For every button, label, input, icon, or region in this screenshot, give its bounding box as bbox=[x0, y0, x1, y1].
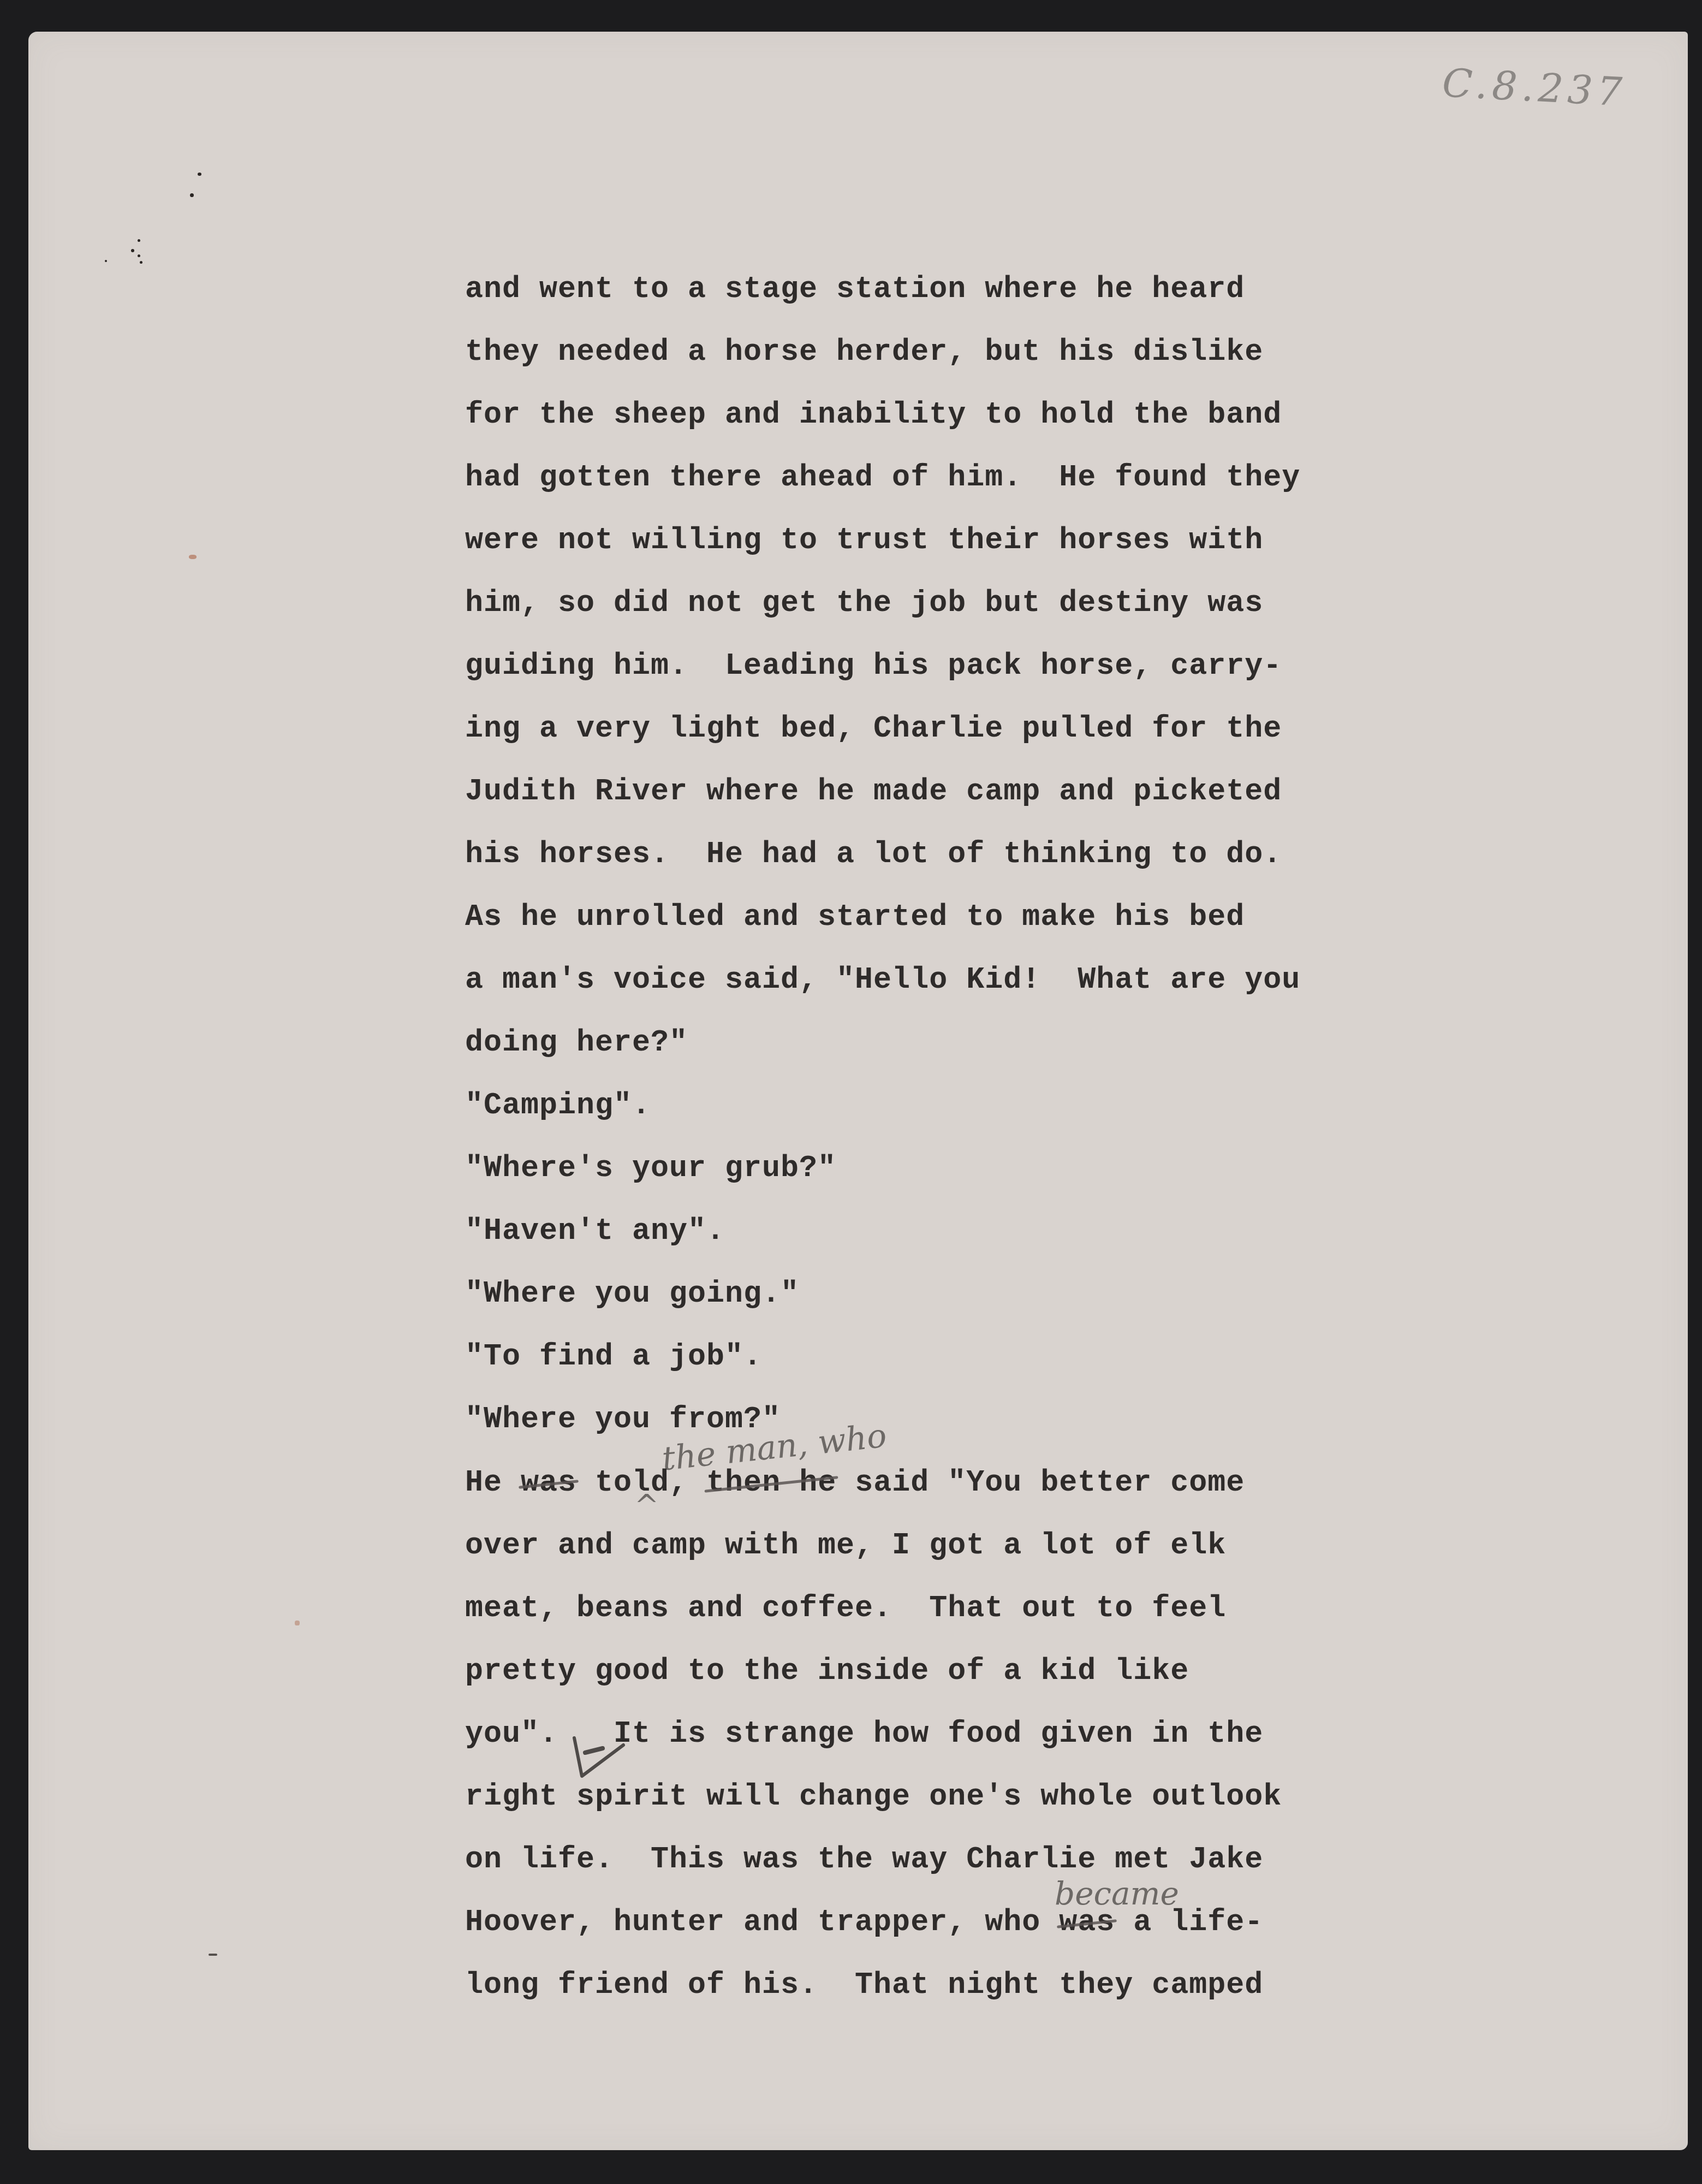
paper-speck bbox=[138, 254, 140, 257]
typed-line: over and camp with me, I got a lot of el… bbox=[465, 1529, 1226, 1562]
archive-number: C.8.237 bbox=[1441, 60, 1627, 115]
paper-stain bbox=[189, 555, 197, 559]
typed-line: his horses. He had a lot of thinking to … bbox=[465, 838, 1282, 871]
typed-line: were not willing to trust their horses w… bbox=[465, 524, 1263, 557]
typed-line: "Where you going." bbox=[465, 1278, 799, 1310]
document-page: C.8.237 and went to a stage station wher… bbox=[28, 32, 1688, 2150]
typed-line: doing here?" bbox=[465, 1026, 688, 1059]
typed-line: As he unrolled and started to make his b… bbox=[465, 901, 1245, 934]
paper-speck bbox=[138, 239, 140, 242]
typed-line: ing a very light bed, Charlie pulled for… bbox=[465, 713, 1282, 745]
typed-line-edited: Hoover, hunter and trapper, who was a li… bbox=[465, 1906, 1263, 1939]
typed-line: long friend of his. That night they camp… bbox=[465, 1969, 1263, 2002]
typed-line: "Haven't any". bbox=[465, 1215, 725, 1248]
typed-line: "Where's your grub?" bbox=[465, 1152, 836, 1185]
typed-line: and went to a stage station where he hea… bbox=[465, 273, 1245, 306]
typed-line: a man's voice said, "Hello Kid! What are… bbox=[465, 964, 1300, 996]
paper-speck bbox=[105, 260, 107, 262]
paper-stain bbox=[295, 1621, 300, 1625]
paper-speck bbox=[140, 261, 142, 264]
paper-speck bbox=[198, 173, 201, 176]
typed-line: "Where you from?" bbox=[465, 1403, 781, 1436]
struck-word: was bbox=[521, 1465, 576, 1500]
struck-phrase: then he bbox=[706, 1465, 836, 1500]
typed-line: meat, beans and coffee. That out to feel bbox=[465, 1592, 1226, 1625]
typed-line: "Camping". bbox=[465, 1089, 651, 1122]
typed-line: "To find a job". bbox=[465, 1340, 762, 1373]
typed-line-edited: He was told, then he said "You better co… bbox=[465, 1467, 1245, 1499]
typed-line: for the sheep and inability to hold the … bbox=[465, 399, 1282, 431]
paper-speck bbox=[131, 249, 134, 252]
typed-line: you". It is strange how food given in th… bbox=[465, 1718, 1263, 1750]
typed-line: pretty good to the inside of a kid like bbox=[465, 1655, 1189, 1688]
paper-speck bbox=[190, 193, 194, 197]
typed-line: right spirit will change one's whole out… bbox=[465, 1781, 1282, 1813]
typed-line: had gotten there ahead of him. He found … bbox=[465, 461, 1300, 494]
paper-speck bbox=[209, 1954, 217, 1956]
typed-line: on life. This was the way Charlie met Ja… bbox=[465, 1843, 1263, 1876]
typed-line: they needed a horse herder, but his disl… bbox=[465, 336, 1263, 369]
struck-word: was bbox=[1059, 1905, 1115, 1939]
typed-line: Judith River where he made camp and pick… bbox=[465, 775, 1282, 808]
typed-line: him, so did not get the job but destiny … bbox=[465, 587, 1263, 620]
typed-line: guiding him. Leading his pack horse, car… bbox=[465, 650, 1282, 682]
